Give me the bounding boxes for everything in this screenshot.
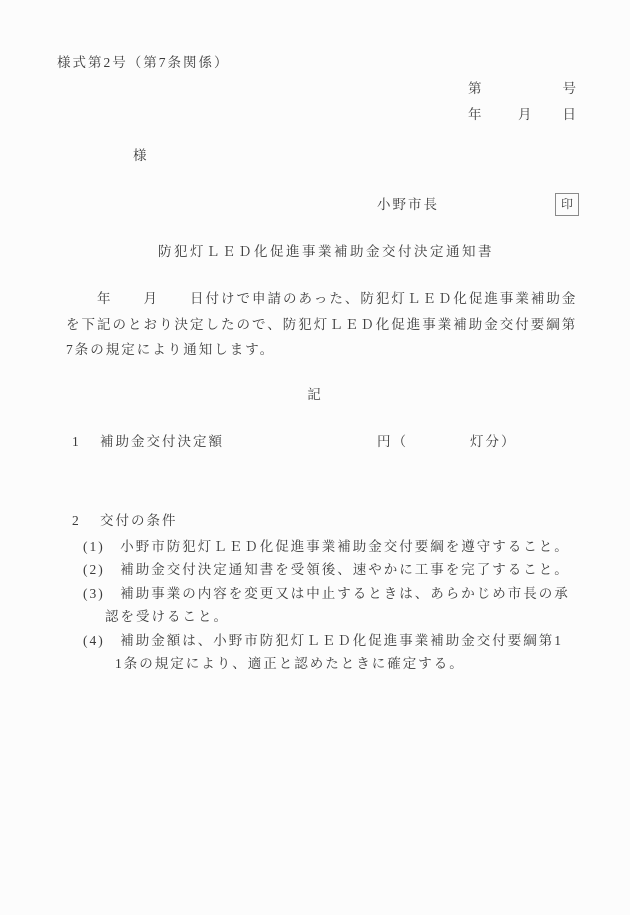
date-month-label: 月 [518,106,534,123]
seal-box: 印 [555,193,579,216]
date-day-label: 日 [563,106,579,123]
sender-title: 小野市長 [377,196,439,213]
item-2-label: 交付の条件 [100,512,178,529]
body-line: 年 月 日付けで申請のあった、防犯灯ＬＥＤ化促進事業補助金 [97,290,577,307]
condition-line: (3) 補助事業の内容を変更又は中止するときは、あらかじめ市長の承 [83,585,570,602]
condition-line: (4) 補助金額は、小野市防犯灯ＬＥＤ化促進事業補助金交付要綱第1 [83,632,563,649]
record-marker: 記 [0,386,630,403]
condition-line: (1) 小野市防犯灯ＬＥＤ化促進事業補助金交付要綱を遵守すること。 [83,538,570,555]
item-1-number: 1 [72,433,81,450]
body-line: 7条の規定により通知します。 [66,341,275,358]
document-number-prefix: 第 [468,80,484,97]
body-line: を下記のとおり決定したので、防犯灯ＬＥＤ化促進事業補助金交付要綱第 [66,316,577,333]
item-1-label: 補助金交付決定額 [100,433,224,450]
condition-line: (2) 補助金交付決定通知書を受領後、速やかに工事を完了すること。 [83,561,570,578]
document-title: 防犯灯ＬＥＤ化促進事業補助金交付決定通知書 [158,243,494,260]
addressee-honorific: 様 [133,147,149,164]
document-number-suffix: 号 [563,80,579,97]
condition-line-continuation: 認を受けること。 [105,608,229,625]
form-label: 様式第2号（第7条関係） [57,54,230,71]
condition-line-continuation: 1条の規定により、適正と認めたときに確定する。 [115,655,465,672]
item-2-number: 2 [72,512,81,529]
item-1-amount-blank: 円（ 灯分） [377,433,517,450]
date-year-label: 年 [468,106,484,123]
document-page: 様式第2号（第7条関係） 第 号 年 月 日 様 小野市長 印 防犯灯ＬＥＤ化促… [0,0,630,915]
seal-mark: 印 [561,197,573,211]
